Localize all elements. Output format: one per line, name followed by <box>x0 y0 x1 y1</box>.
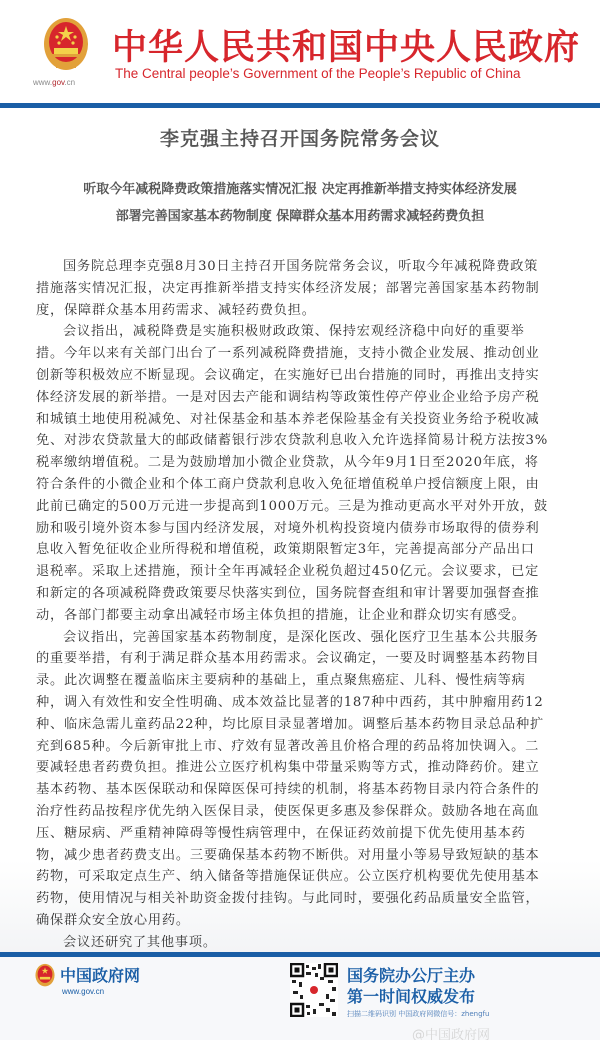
article-line: 治疗性药品按程序优先纳入医保目录，使医保更多惠及参保群众。鼓励各地在高血 <box>36 801 576 823</box>
article-line: 会议还研究了其他事项。 <box>36 932 576 954</box>
article-subtitle-1: 听取今年减税降费政策措施落实情况汇报 决定再推新举措支持实体经济发展 <box>0 178 600 197</box>
article-line: 此前已确定的500万元进一步提高到1000万元。三是为推动更高水平对外开放，鼓 <box>36 496 576 518</box>
article-line: 药物，使用情况与相关补助资金拨付挂钩。与此同时，要强化药品质量安全监管， <box>36 888 576 910</box>
article-line: 税率缴纳增值税。二是为鼓励增加小微企业贷款，从今年9月1日至2020年底，将 <box>36 452 576 474</box>
article-line: 种、临床急需儿童药品22种，均比原目录显著增加。调整后基本药物目录总品种扩 <box>36 714 576 736</box>
article-line: 的重要举措，有利于满足群众基本用药需求。会议确定，一要及时调整基本药物目 <box>36 648 576 670</box>
article-line: 励和吸引境外资本参与国内经济发展，对境外机构投资境内债券市场取得的债券利 <box>36 518 576 540</box>
article-line: 度，保障群众基本用药需求、减轻药费负担。 <box>36 300 576 322</box>
article-line: 会议指出，减税降费是实施积极财政政策、保持宏观经济稳中向好的重要举 <box>36 321 576 343</box>
national-emblem-logo[interactable] <box>36 12 96 82</box>
article-line: 种，调入有效性和安全性明确、成本效益比显著的187种中西药，其中肿瘤用药12 <box>36 692 576 714</box>
article-line: 要减轻患者药费负担。推进公立医疗机构集中带量采购等方式，推动降药价。建立 <box>36 757 576 779</box>
site-title-cn: 中华人民共和国中央人民政府 <box>112 20 580 70</box>
article-line: 会议指出，完善国家基本药物制度，是深化医改、强化医疗卫生基本公共服务 <box>36 627 576 649</box>
national-emblem-icon <box>34 963 56 989</box>
weibo-watermark: @中国政府网 <box>412 1024 490 1040</box>
article-line: 国务院总理李克强8月30日主持召开国务院常务会议，听取今年减税降费政策 <box>36 256 576 278</box>
article-line: 药物，可采取定点生产、纳入储备等措施保证供应。公立医疗机构要优先使用基本 <box>36 866 576 888</box>
article-line: 压、糖尿病、严重精神障碍等慢性病管理中，在保证药效前提下优先使用基本药 <box>36 823 576 845</box>
site-footer: 中国政府网 www.gov.cn 国务院办公厅主办 第一时间权威发布 扫描二维码… <box>0 957 600 1040</box>
footer-slogan-1: 国务院办公厅主办 <box>347 963 475 986</box>
article-line: 动，各部门都要主动拿出减轻市场主体负担的措施，让企业和群众切实有感受。 <box>36 605 576 627</box>
header-url[interactable]: www.gov.cn <box>33 78 75 87</box>
article-line: 和城镇土地使用税减免、对社保基金和基本养老保险基金有关投资业务给予税收减 <box>36 409 576 431</box>
article-line: 基本药物、基本医保联动和保障医保可持续的机制，将基本药物目录内符合条件的 <box>36 779 576 801</box>
article-line: 录。此次调整在覆盖临床主要病种的基础上，重点聚焦癌症、儿科、慢性病等病 <box>36 670 576 692</box>
footer-site-url[interactable]: www.gov.cn <box>62 987 104 996</box>
footer-slogan-2: 第一时间权威发布 <box>347 984 475 1007</box>
article-line: 确保群众安全放心用药。 <box>36 910 576 932</box>
article-subtitle-2: 部署完善国家基本药物制度 保障群众基本用药需求减轻药费负担 <box>0 205 600 224</box>
article-line: 创新等积极效应不断显现。会议确定，在实施好已出台措施的同时，再推出支持实 <box>36 365 576 387</box>
article-line: 充到685种。今后新审批上市、疗效有显著改善且价格合理的药品将加快调入。二 <box>36 736 576 758</box>
header-divider <box>0 103 600 108</box>
article-line: 措。今年以来有关部门出台了一系列减税降费措施，支持小微企业发展、推动创业 <box>36 343 576 365</box>
article-line: 体经济发展的新举措。一是对因去产能和调结构等政策性停产停业企业给予房产税 <box>36 387 576 409</box>
site-title-en: The Central people’s Government of the P… <box>115 66 521 81</box>
article-line: 符合条件的小微企业和个体工商户贷款利息收入免征增值税单户授信额度上限，由 <box>36 474 576 496</box>
article-line: 免、对涉农贷款量大的邮政储蓄银行涉农贷款利息收入允许选择简易计税方法按3% <box>36 430 576 452</box>
national-emblem-icon <box>42 16 90 76</box>
article-line: 措施落实情况汇报，决定再推新举措支持实体经济发展；部署完善国家基本药物制 <box>36 278 576 300</box>
article-line: 息收入暂免征收企业所得税和增值税，政策期限暂定3年，完善提高部分产品出口 <box>36 539 576 561</box>
article-line: 和新定的各项减税降费政策要尽快落实到位，国务院督查组和审计署要加强督查推 <box>36 583 576 605</box>
article-body: 国务院总理李克强8月30日主持召开国务院常务会议，听取今年减税降费政策措施落实情… <box>36 256 576 954</box>
qr-code-icon[interactable] <box>290 963 338 1017</box>
article-line: 物，减少患者药费支出。三要确保基本药物不断供。对用量小等易导致短缺的基本 <box>36 845 576 867</box>
site-header: www.gov.cn 中华人民共和国中央人民政府 The Central peo… <box>0 0 600 100</box>
footer-scan-instructions: 扫描二维码识别 中国政府网微信号：zhengfu <box>347 1009 489 1019</box>
footer-site-name[interactable]: 中国政府网 <box>60 963 140 986</box>
article-title: 李克强主持召开国务院常务会议 <box>0 124 600 151</box>
article-line: 退税率。采取上述措施，预计全年再减轻企业税负超过450亿元。会议要求，已定 <box>36 561 576 583</box>
